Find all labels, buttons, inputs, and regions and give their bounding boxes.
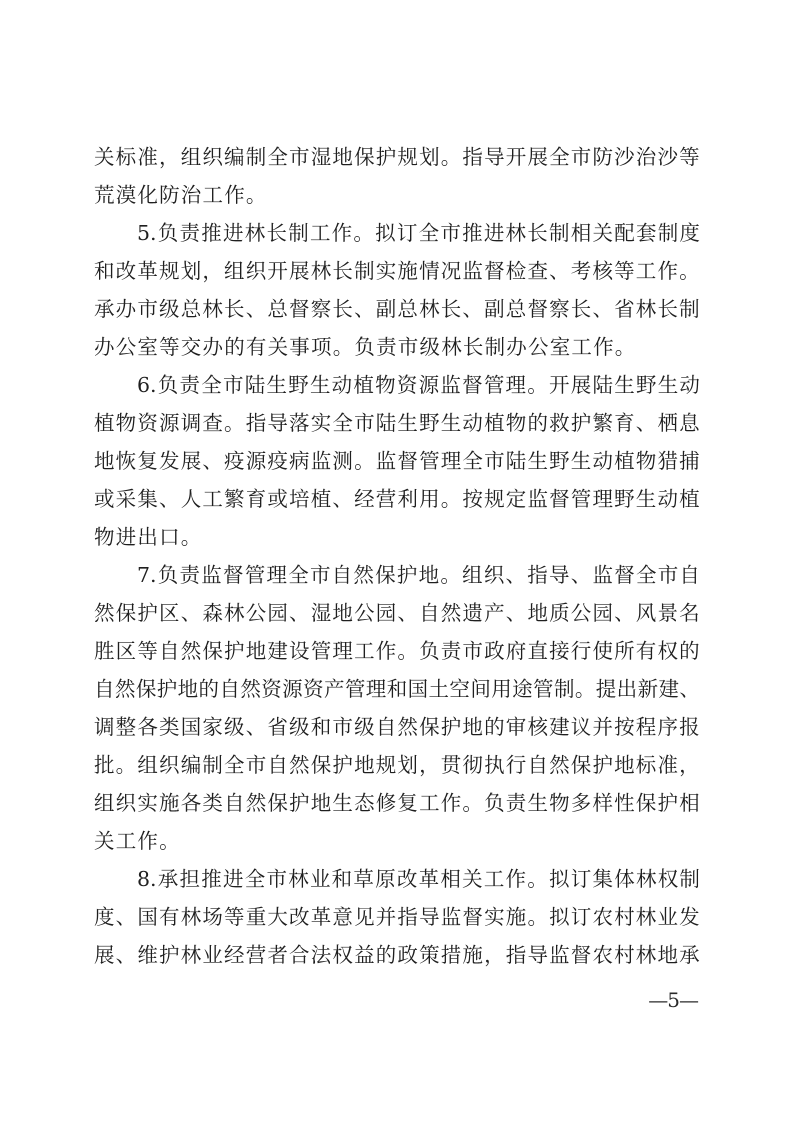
text-line: 调整各类国家级、省级和市级自然保护地的审核建议并按程序报 (94, 708, 700, 746)
text-line: 物进出口。 (94, 518, 700, 556)
paragraph-4-continuation: 关标准，组织编制全市湿地保护规划。指导开展全市防沙治沙等荒漠化防治工作。 (94, 138, 700, 214)
text-line: 关工作。 (94, 822, 700, 860)
page-number: —5— (648, 986, 698, 1014)
text-line: 自然保护地的自然资源资产管理和国土空间用途管制。提出新建、 (94, 670, 700, 708)
text-line: 和改革规划，组织开展林长制实施情况监督检查、考核等工作。 (94, 252, 700, 290)
text-line: 办公室等交办的有关事项。负责市级林长制办公室工作。 (94, 328, 700, 366)
text-line: 荒漠化防治工作。 (94, 176, 700, 214)
text-line: 7.负责监督管理全市自然保护地。组织、指导、监督全市自 (94, 556, 700, 594)
text-line: 或采集、人工繁育或培植、经营利用。按规定监督管理野生动植 (94, 480, 700, 518)
paragraph-6: 6.负责全市陆生野生动植物资源监督管理。开展陆生野生动植物资源调查。指导落实全市… (94, 366, 700, 556)
paragraph-5: 5.负责推进林长制工作。拟订全市推进林长制相关配套制度和改革规划，组织开展林长制… (94, 214, 700, 366)
text-line: 展、维护林业经营者合法权益的政策措施，指导监督农村林地承 (94, 936, 700, 974)
text-line: 地恢复发展、疫源疫病监测。监督管理全市陆生野生动植物猎捕 (94, 442, 700, 480)
text-line: 批。组织编制全市自然保护地规划，贯彻执行自然保护地标准， (94, 746, 700, 784)
text-line: 6.负责全市陆生野生动植物资源监督管理。开展陆生野生动 (94, 366, 700, 404)
text-line: 然保护区、森林公园、湿地公园、自然遗产、地质公园、风景名 (94, 594, 700, 632)
document-page: 关标准，组织编制全市湿地保护规划。指导开展全市防沙治沙等荒漠化防治工作。5.负责… (0, 0, 793, 1122)
text-line: 8.承担推进全市林业和草原改革相关工作。拟订集体林权制 (94, 860, 700, 898)
text-line: 植物资源调查。指导落实全市陆生野生动植物的救护繁育、栖息 (94, 404, 700, 442)
text-line: 度、国有林场等重大改革意见并指导监督实施。拟订农村林业发 (94, 898, 700, 936)
text-line: 组织实施各类自然保护地生态修复工作。负责生物多样性保护相 (94, 784, 700, 822)
text-line: 胜区等自然保护地建设管理工作。负责市政府直接行使所有权的 (94, 632, 700, 670)
text-line: 承办市级总林长、总督察长、副总林长、副总督察长、省林长制 (94, 290, 700, 328)
paragraph-8: 8.承担推进全市林业和草原改革相关工作。拟订集体林权制度、国有林场等重大改革意见… (94, 860, 700, 974)
text-line: 5.负责推进林长制工作。拟订全市推进林长制相关配套制度 (94, 214, 700, 252)
paragraph-7: 7.负责监督管理全市自然保护地。组织、指导、监督全市自然保护区、森林公园、湿地公… (94, 556, 700, 860)
document-body: 关标准，组织编制全市湿地保护规划。指导开展全市防沙治沙等荒漠化防治工作。5.负责… (94, 138, 700, 974)
text-line: 关标准，组织编制全市湿地保护规划。指导开展全市防沙治沙等 (94, 138, 700, 176)
